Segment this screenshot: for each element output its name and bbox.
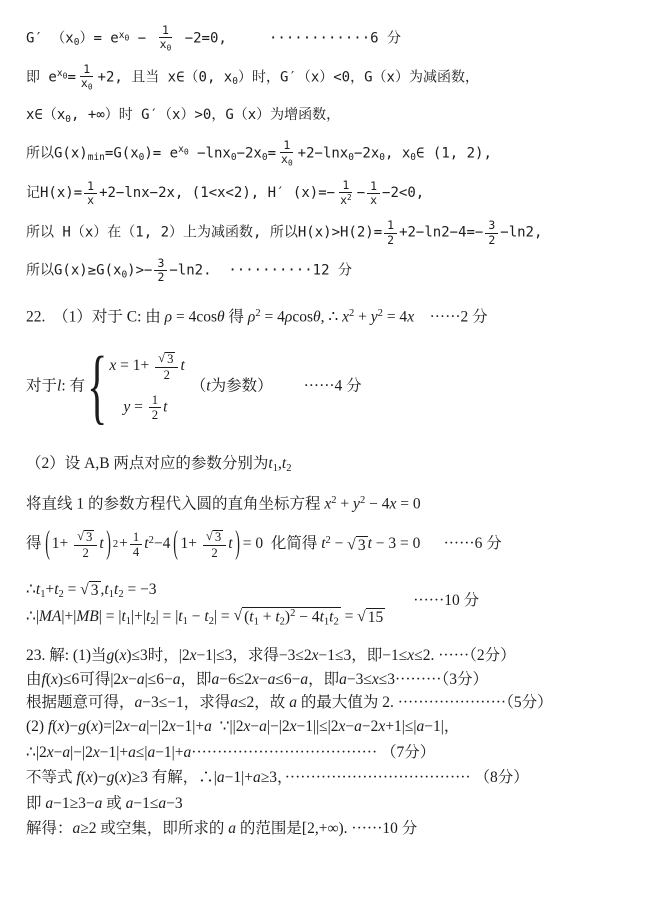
document-page: G′ （x0）= ex0 − 1x0 −2=0, ············6 分… — [0, 0, 652, 898]
q23-part1-g-inequality: 23. 解: (1)当g(x)≤3时，|2x−1|≤3，求得−3≤2x−1≤3，… — [26, 645, 644, 667]
q22-part2-setup: （2）设 A,B 两点对应的参数分别为t1,t2 — [26, 453, 644, 476]
q23-part2-cases: 即 a−1≥3−a 或 a−1≤a−3 — [26, 793, 644, 815]
q21-g-min-expression: 所以G(x)min=G(x0)= ex0 −lnx0−2x0=1x0+2−lnx… — [26, 139, 644, 168]
q23-part2-solvable: 不等式 f(x)−g(x)≥3 有解，∴|a−1|+a≥3，··········… — [26, 767, 644, 789]
q21-increasing-interval: x∈（x0, +∞）时 G′（x）>0，G（x）为增函数， — [26, 105, 644, 127]
q22-part1-polar: 22. （1）对于 C: 由 ρ = 4cosθ 得 ρ2 = 4ρcosθ, … — [26, 306, 644, 329]
q23-part2-bound: ∴|2x−a|−|2x−1|+a≤|a−1|+a················… — [26, 742, 644, 764]
q23-part2-answer: 解得：a≥2 或空集，即所求的 a 的范围是[2,+∞). ······10 分 — [26, 818, 644, 840]
q23-part1-conclusion: 根据题意可得，a−3≤−1，求得a≤2，故 a 的最大值为 2. ·······… — [26, 692, 644, 714]
q23-part2-expand: (2) f(x)−g(x)=|2x−a|−|2x−1|+a ∵||2x−a|−|… — [26, 716, 644, 738]
q21-g-lower-bound: 所以G(x)≥G(x0)>−32−ln2. ··········12 分 — [26, 257, 644, 284]
q21-exp-substitution: 即 ex0=1x0+2, 且当 x∈（0, x0）时，G′（x）<0，G（x）为… — [26, 63, 644, 92]
q22-expand-simplify: 得(1+ √32t)2+14t2−4(1+ √32t)= 0 化简得 t2 − … — [26, 529, 644, 560]
q22-line-parametric: 对于l: 有{x = 1+ √32ty = 12t（t为参数） ······4 … — [26, 343, 644, 431]
document-content: G′ （x0）= ex0 − 1x0 −2=0, ············6 分… — [26, 24, 644, 840]
q22-vieta: ∴t1+t2 = √3,t1t2 = −3 — [26, 579, 644, 602]
q23-part1-f-inequality: 由f(x)≤6可得|2x−a|≤6−a，即a−6≤2x−a≤6−a，即a−3≤x… — [26, 669, 644, 691]
q21-h-monotonic: 所以 H（x）在（1, 2）上为减函数, 所以H(x)>H(2)=12+2−ln… — [26, 219, 644, 246]
q21-g-prime-equation: G′ （x0）= ex0 − 1x0 −2=0, ············6 分 — [26, 24, 644, 53]
q22-substitute: 将直线 1 的参数方程代入圆的直角坐标方程 x2 + y2 − 4x = 0 — [26, 493, 644, 516]
q22-ma-mb-result: ∴|MA|+|MB| = |t1|+|t2| = |t1 − t2| = √(t… — [26, 606, 644, 629]
q21-h-definition: 记H(x)=1x+2−lnx−2x, (1<x<2), H′ (x)=−1x2−… — [26, 179, 644, 207]
